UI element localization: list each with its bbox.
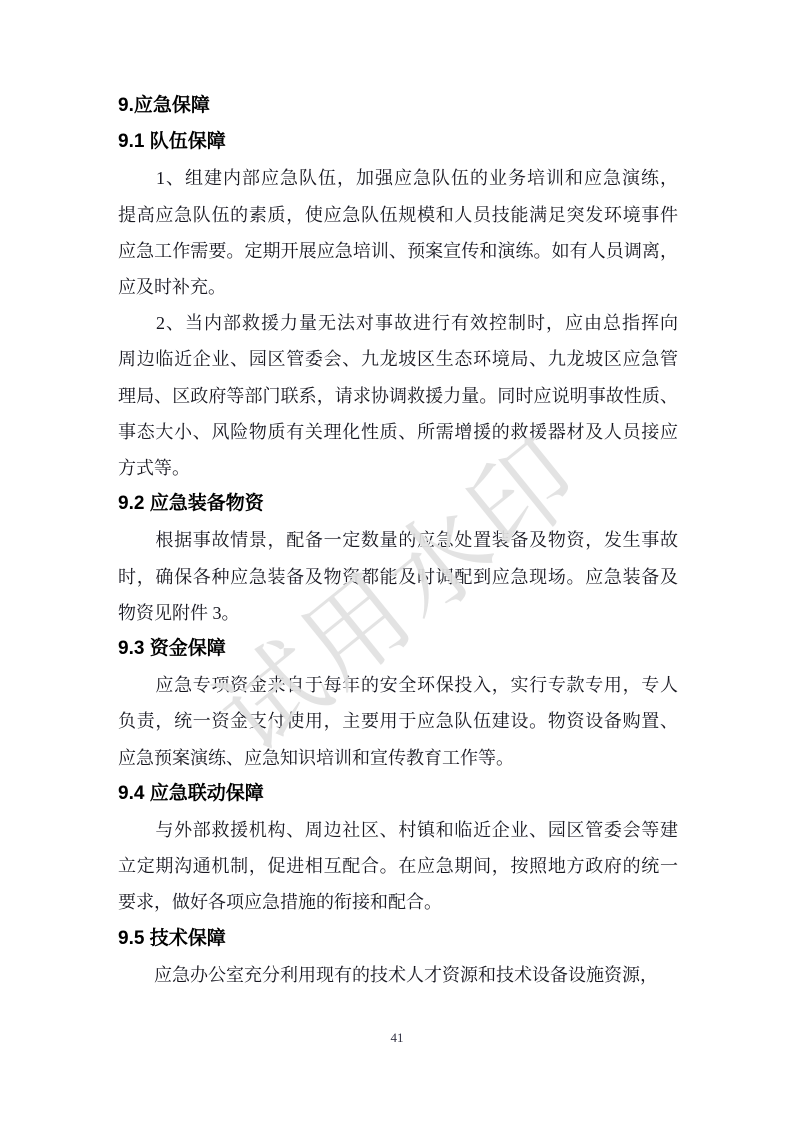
paragraph-technical: 应急办公室充分利用现有的技术人才资源和技术设备设施资源， <box>118 957 678 993</box>
text-line: 应急专项资金来自于每年的安全环保投入，实行专款专用，专人 <box>118 667 678 703</box>
text-line: 负责，统一资金支付使用，主要用于应急队伍建设。物资设备购置、 <box>118 703 678 739</box>
text-line: 与外部救援机构、周边社区、村镇和临近企业、园区管委会等建 <box>118 812 678 848</box>
text-line: 物资见附件 3。 <box>118 595 678 631</box>
document-page: 9.应急保障 9.1 队伍保障 1、组建内部应急队伍，加强应急队伍的业务培训和应… <box>0 0 794 1123</box>
text-line: 提高应急队伍的素质，使应急队伍规模和人员技能满足突发环境事件 <box>118 197 678 233</box>
page-number: 41 <box>0 1030 794 1046</box>
section-heading-9: 9.应急保障 <box>118 88 678 124</box>
text-line: 应急预案演练、应急知识培训和宣传教育工作等。 <box>118 740 678 776</box>
text-line: 应急工作需要。定期开展应急培训、预案宣传和演练。如有人员调离， <box>118 233 678 269</box>
text-line: 方式等。 <box>118 450 678 486</box>
text-line: 周边临近企业、园区管委会、九龙坡区生态环境局、九龙坡区应急管 <box>118 341 678 377</box>
section-heading-9-4: 9.4 应急联动保障 <box>118 776 678 812</box>
paragraph-linkage: 与外部救援机构、周边社区、村镇和临近企业、园区管委会等建立定期沟通机制，促进相互… <box>118 812 678 921</box>
text-line: 应及时补充。 <box>118 269 678 305</box>
page-content: 9.应急保障 9.1 队伍保障 1、组建内部应急队伍，加强应急队伍的业务培训和应… <box>118 88 678 993</box>
text-line: 2、当内部救援力量无法对事故进行有效控制时，应由总指挥向 <box>118 305 678 341</box>
text-line: 应急办公室充分利用现有的技术人才资源和技术设备设施资源， <box>118 957 678 993</box>
text-line: 理局、区政府等部门联系，请求协调救援力量。同时应说明事故性质、 <box>118 378 678 414</box>
section-heading-9-1: 9.1 队伍保障 <box>118 124 678 160</box>
paragraph-equipment: 根据事故情景，配备一定数量的应急处置装备及物资，发生事故时，确保各种应急装备及物… <box>118 522 678 631</box>
paragraph-funding: 应急专项资金来自于每年的安全环保投入，实行专款专用，专人负责，统一资金支付使用，… <box>118 667 678 776</box>
text-line: 1、组建内部应急队伍，加强应急队伍的业务培训和应急演练， <box>118 160 678 196</box>
text-line: 根据事故情景，配备一定数量的应急处置装备及物资，发生事故 <box>118 522 678 558</box>
text-line: 要求，做好各项应急措施的衔接和配合。 <box>118 884 678 920</box>
text-line: 事态大小、风险物质有关理化性质、所需增援的救援器材及人员接应 <box>118 414 678 450</box>
section-heading-9-2: 9.2 应急装备物资 <box>118 486 678 522</box>
paragraph-team-2: 2、当内部救援力量无法对事故进行有效控制时，应由总指挥向周边临近企业、园区管委会… <box>118 305 678 486</box>
text-line: 立定期沟通机制，促进相互配合。在应急期间，按照地方政府的统一 <box>118 848 678 884</box>
section-heading-9-5: 9.5 技术保障 <box>118 921 678 957</box>
text-line: 时，确保各种应急装备及物资都能及时调配到应急现场。应急装备及 <box>118 559 678 595</box>
section-heading-9-3: 9.3 资金保障 <box>118 631 678 667</box>
paragraph-team-1: 1、组建内部应急队伍，加强应急队伍的业务培训和应急演练，提高应急队伍的素质，使应… <box>118 160 678 305</box>
